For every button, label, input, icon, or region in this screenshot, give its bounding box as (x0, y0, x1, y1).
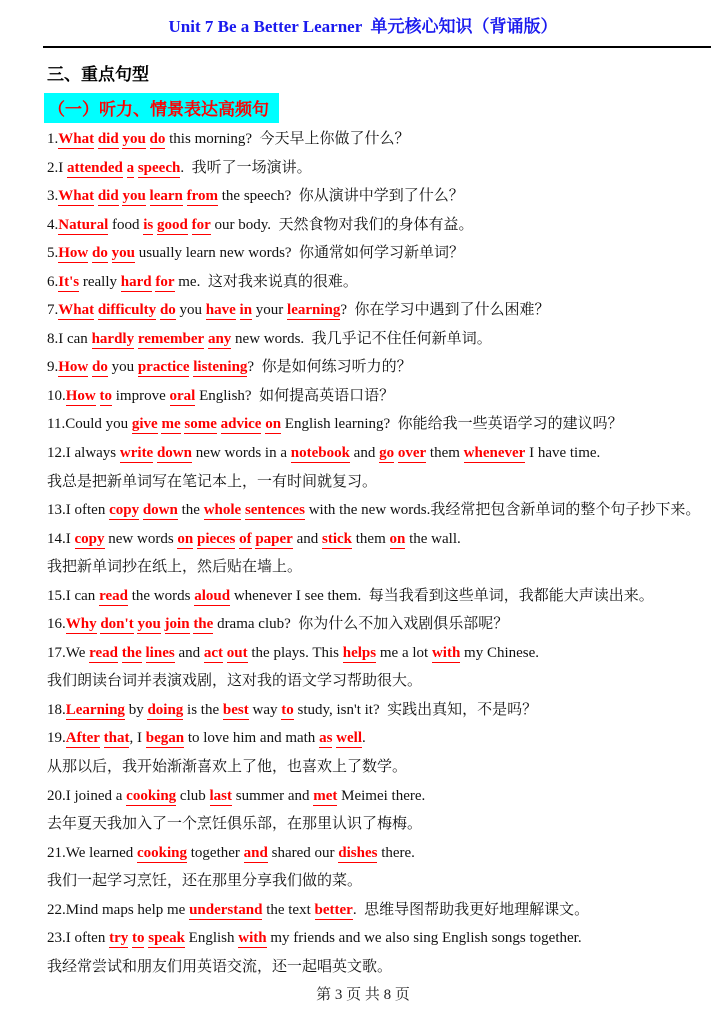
plain-text: usually learn new words? 你通常如何学习新单词？ (135, 245, 464, 261)
sentence-line: 从那以后，我开始渐渐喜欢上了他，也喜欢上了数学。 (47, 753, 726, 782)
key-phrase-word: How (58, 245, 88, 263)
plain-text: and (293, 531, 322, 547)
plain-text: 去年夏天我加入了一个烹饪俱乐部，在那里认识了梅梅。 (47, 816, 422, 832)
key-phrase-word: last (210, 788, 233, 806)
plain-text: . 思维导图帮助我更好地理解课文。 (353, 902, 589, 918)
plain-text: me a lot (376, 645, 432, 661)
plain-text: to love him and math (184, 730, 319, 746)
key-phrase-word: down (157, 445, 192, 463)
plain-text: 11.Could you (47, 416, 132, 432)
plain-text: food (108, 217, 143, 233)
plain-text: 5. (47, 245, 58, 261)
plain-text: 13.I often (47, 502, 109, 518)
plain-text: 9. (47, 359, 58, 375)
key-phrase-word: whenever (464, 445, 526, 463)
key-phrase-word: to (132, 930, 145, 948)
key-phrase-word: After (66, 730, 100, 748)
plain-text: improve (112, 388, 170, 404)
plain-text: English (185, 930, 238, 946)
key-phrase-word: cooking (126, 788, 176, 806)
sentence-line: 17.We read the lines and act out the pla… (47, 639, 726, 668)
sentence-line: 8.I can hardly remember any new words. 我… (47, 325, 726, 354)
plain-text: new words in a (192, 445, 291, 461)
key-phrase-word: don't (100, 616, 133, 634)
key-phrase-word: oral (170, 388, 196, 406)
key-phrase-word: listening (193, 359, 247, 377)
plain-text: 2.I (47, 160, 67, 176)
key-phrase-word: act (204, 645, 223, 663)
key-phrase-word: do (160, 302, 176, 320)
plain-text: 15.I can (47, 588, 99, 604)
plain-text: 4. (47, 217, 58, 233)
plain-text: 17.We (47, 645, 89, 661)
key-phrase-word: join (165, 616, 190, 634)
plain-text: the text (262, 902, 314, 918)
plain-text: 8.I can (47, 331, 92, 347)
plain-text: your (252, 302, 287, 318)
key-phrase-word: over (398, 445, 426, 463)
sentence-line: 22.Mind maps help me understand the text… (47, 896, 726, 925)
key-phrase-word: stick (322, 531, 352, 549)
sentence-line: 去年夏天我加入了一个烹饪俱乐部，在那里认识了梅梅。 (47, 810, 726, 839)
key-phrase-word: remember (138, 331, 204, 349)
key-phrase-word: sentences (245, 502, 305, 520)
plain-text: with the new words.我经常把包含新单词的整个句子抄下来。 (305, 502, 700, 518)
plain-text: ? 你是如何练习听力的？ (247, 359, 411, 375)
key-phrase-word: good (157, 217, 188, 235)
plain-text: and (175, 645, 204, 661)
plain-text: 18. (47, 702, 66, 718)
key-phrase-word: and (244, 845, 268, 863)
plain-text: the (178, 502, 204, 518)
plain-text: is the (183, 702, 223, 718)
key-phrase-word: on (177, 531, 193, 549)
key-phrase-word: the (122, 645, 142, 663)
plain-text: 20.I joined a (47, 788, 126, 804)
key-phrase-word: whole (204, 502, 242, 520)
plain-text: 我经常尝试和朋友们用英语交流，还一起唱英文歌。 (47, 959, 392, 975)
key-phrase-word: with (238, 930, 266, 948)
key-phrase-word: learning (287, 302, 340, 320)
plain-text: there. (377, 845, 414, 861)
key-phrase-word: give (132, 416, 158, 434)
plain-text: really (79, 274, 121, 290)
plain-text: 22.Mind maps help me (47, 902, 189, 918)
key-phrase-word: began (146, 730, 184, 748)
key-phrase-word: speak (148, 930, 185, 948)
sentence-line: 我们朗读台词并表演戏剧，这对我的语文学习帮助很大。 (47, 667, 726, 696)
key-phrase-word: Natural (58, 217, 108, 235)
plain-text: Meimei there. (337, 788, 425, 804)
sentence-line: 21.We learned cooking together and share… (47, 839, 726, 868)
plain-text: you (176, 302, 206, 318)
key-phrase-word: you (122, 188, 145, 206)
plain-text: club (176, 788, 209, 804)
plain-text: together (187, 845, 244, 861)
plain-text: them (426, 445, 464, 461)
plain-text: the words (128, 588, 194, 604)
plain-text: drama club? 你为什么不加入戏剧俱乐部呢？ (213, 616, 508, 632)
plain-text: new words. 我几乎记不住任何新单词。 (231, 331, 491, 347)
key-phrase-word: notebook (291, 445, 350, 463)
key-phrase-word: best (223, 702, 249, 720)
key-phrase-word: did (98, 131, 119, 149)
key-phrase-word: do (150, 131, 166, 149)
plain-text: 我们朗读台词并表演戏剧，这对我的语文学习帮助很大。 (47, 673, 422, 689)
sentence-line: 1.What did you do this morning? 今天早上你做了什… (47, 125, 726, 154)
key-phrase-word: of (239, 531, 252, 549)
sentence-line: 10.How to improve oral English? 如何提高英语口语… (47, 382, 726, 411)
document-title: Unit 7 Be a Better Learner 单元核心知识（背诵版） (0, 0, 726, 37)
sentence-line: 20.I joined a cooking club last summer a… (47, 782, 726, 811)
key-phrase-word: any (208, 331, 231, 349)
key-phrase-word: What (58, 302, 94, 320)
plain-text: the wall. (405, 531, 460, 547)
sentence-line: 23.I often try to speak English with my … (47, 924, 726, 953)
plain-text: you (108, 359, 138, 375)
key-phrase-word: How (66, 388, 96, 406)
key-phrase-word: difficulty (98, 302, 156, 320)
key-phrase-word: read (99, 588, 128, 606)
sentence-line: 4.Natural food is good for our body. 天然食… (47, 211, 726, 240)
plain-text: 3. (47, 188, 58, 204)
plain-text: 我总是把新单词写在笔记本上，一有时间就复习。 (47, 474, 377, 490)
plain-text: whenever I see them. 每当我看到这些单词，我都能大声读出来。 (230, 588, 654, 604)
key-phrase-word: me (161, 416, 180, 434)
key-phrase-word: advice (221, 416, 262, 434)
plain-text: 23.I often (47, 930, 109, 946)
sentence-list: 1.What did you do this morning? 今天早上你做了什… (47, 125, 726, 981)
key-phrase-word: copy (75, 531, 105, 549)
key-phrase-word: do (92, 359, 108, 377)
key-phrase-word: paper (255, 531, 293, 549)
key-phrase-word: copy (109, 502, 139, 520)
plain-text: this morning? 今天早上你做了什么？ (165, 131, 409, 147)
key-phrase-word: learn (150, 188, 183, 206)
key-phrase-word: to (281, 702, 294, 720)
key-phrase-word: the (193, 616, 213, 634)
key-phrase-word: some (184, 416, 217, 434)
plain-text: 1. (47, 131, 58, 147)
key-phrase-word: cooking (137, 845, 187, 863)
sentence-line: 9.How do you practice listening? 你是如何练习听… (47, 353, 726, 382)
sentence-line: 我们一起学习烹饪，还在那里分享我们做的菜。 (47, 867, 726, 896)
key-phrase-word: write (120, 445, 153, 463)
key-phrase-word: dishes (338, 845, 377, 863)
sentence-line: 14.I copy new words on pieces of paper a… (47, 525, 726, 554)
key-phrase-word: aloud (194, 588, 230, 606)
plain-text: my friends and we also sing English song… (267, 930, 582, 946)
key-phrase-word: What (58, 188, 94, 206)
key-phrase-word: well (336, 730, 362, 748)
subsection-highlight: （一）听力、情景表达高频句 (44, 93, 279, 123)
plain-text: our body. 天然食物对我们的身体有益。 (211, 217, 474, 233)
sentence-line: 我经常尝试和朋友们用英语交流，还一起唱英文歌。 (47, 953, 726, 982)
key-phrase-word: did (98, 188, 119, 206)
plain-text: study, isn't it? 实践出真知，不是吗？ (294, 702, 537, 718)
key-phrase-word: you (112, 245, 135, 263)
sentence-line: 12.I always write down new words in a no… (47, 439, 726, 468)
plain-text: I have time. (525, 445, 600, 461)
key-phrase-word: for (155, 274, 174, 292)
sentence-line: 5.How do you usually learn new words? 你通… (47, 239, 726, 268)
key-phrase-word: that (104, 730, 130, 748)
key-phrase-word: you (137, 616, 160, 634)
plain-text: and (350, 445, 379, 461)
key-phrase-word: doing (147, 702, 183, 720)
sentence-line: 2.I attended a speech. 我听了一场演讲。 (47, 154, 726, 183)
plain-text: way (249, 702, 282, 718)
plain-text: the speech? 你从演讲中学到了什么？ (218, 188, 464, 204)
key-phrase-word: met (313, 788, 337, 806)
key-phrase-word: pieces (197, 531, 235, 549)
plain-text: English? 如何提高英语口语？ (195, 388, 394, 404)
page-footer: 第 3 页 共 8 页 (0, 983, 726, 1004)
key-phrase-word: as (319, 730, 332, 748)
plain-text: the plays. This (248, 645, 343, 661)
sentence-line: 6.It's really hard for me. 这对我来说真的很难。 (47, 268, 726, 297)
plain-text: shared our (268, 845, 338, 861)
plain-text: 从那以后，我开始渐渐喜欢上了他，也喜欢上了数学。 (47, 759, 407, 775)
plain-text: 7. (47, 302, 58, 318)
section-heading: 三、重点句型 (47, 60, 726, 85)
key-phrase-word: speech (138, 160, 181, 178)
plain-text: 我把新单词抄在纸上，然后贴在墙上。 (47, 559, 302, 575)
plain-text: 6. (47, 274, 58, 290)
key-phrase-word: have (206, 302, 236, 320)
key-phrase-word: It's (58, 274, 79, 292)
plain-text: . (362, 730, 366, 746)
key-phrase-word: is (143, 217, 153, 235)
key-phrase-word: attended (67, 160, 123, 178)
key-phrase-word: from (187, 188, 218, 206)
key-phrase-word: with (432, 645, 460, 663)
header-divider (43, 46, 711, 48)
plain-text: my Chinese. (460, 645, 539, 661)
sentence-line: 16.Why don't you join the drama club? 你为… (47, 610, 726, 639)
key-phrase-word: What (58, 131, 94, 149)
key-phrase-word: for (192, 217, 211, 235)
key-phrase-word: better (315, 902, 353, 920)
sentence-line: 我总是把新单词写在笔记本上，一有时间就复习。 (47, 468, 726, 497)
key-phrase-word: to (100, 388, 113, 406)
key-phrase-word: hardly (92, 331, 135, 349)
plain-text: English learning? 你能给我一些英语学习的建议吗？ (281, 416, 623, 432)
key-phrase-word: you (122, 131, 145, 149)
plain-text: 12.I always (47, 445, 120, 461)
plain-text: me. 这对我来说真的很难。 (175, 274, 358, 290)
key-phrase-word: read (89, 645, 118, 663)
plain-text: 19. (47, 730, 66, 746)
key-phrase-word: practice (138, 359, 190, 377)
key-phrase-word: down (143, 502, 178, 520)
sentence-line: 19.After that, I began to love him and m… (47, 724, 726, 753)
plain-text: 14.I (47, 531, 75, 547)
plain-text: summer and (232, 788, 313, 804)
plain-text: , I (129, 730, 145, 746)
plain-text: ? 你在学习中遇到了什么困难？ (340, 302, 549, 318)
plain-text: 10. (47, 388, 66, 404)
key-phrase-word: How (58, 359, 88, 377)
subsection-row: （一）听力、情景表达高频句 (44, 93, 726, 123)
key-phrase-word: lines (146, 645, 175, 663)
sentence-line: 我把新单词抄在纸上，然后贴在墙上。 (47, 553, 726, 582)
plain-text: . 我听了一场演讲。 (180, 160, 311, 176)
key-phrase-word: Learning (66, 702, 125, 720)
key-phrase-word: hard (121, 274, 152, 292)
plain-text: new words (105, 531, 178, 547)
sentence-line: 15.I can read the words aloud whenever I… (47, 582, 726, 611)
key-phrase-word: Why (66, 616, 97, 634)
plain-text: them (352, 531, 390, 547)
key-phrase-word: out (227, 645, 248, 663)
sentence-line: 13.I often copy down the whole sentences… (47, 496, 726, 525)
key-phrase-word: go (379, 445, 394, 463)
plain-text: 16. (47, 616, 66, 632)
sentence-line: 18.Learning by doing is the best way to … (47, 696, 726, 725)
key-phrase-word: do (92, 245, 108, 263)
key-phrase-word: understand (189, 902, 262, 920)
key-phrase-word: on (390, 531, 406, 549)
key-phrase-word: try (109, 930, 128, 948)
plain-text: 21.We learned (47, 845, 137, 861)
key-phrase-word: a (127, 160, 135, 178)
sentence-line: 3.What did you learn from the speech? 你从… (47, 182, 726, 211)
document-page: Unit 7 Be a Better Learner 单元核心知识（背诵版） 三… (0, 0, 726, 1024)
key-phrase-word: on (265, 416, 281, 434)
plain-text: by (125, 702, 148, 718)
plain-text: 我们一起学习烹饪，还在那里分享我们做的菜。 (47, 873, 362, 889)
key-phrase-word: in (240, 302, 253, 320)
key-phrase-word: helps (343, 645, 376, 663)
sentence-line: 7.What difficulty do you have in your le… (47, 296, 726, 325)
sentence-line: 11.Could you give me some advice on Engl… (47, 410, 726, 439)
